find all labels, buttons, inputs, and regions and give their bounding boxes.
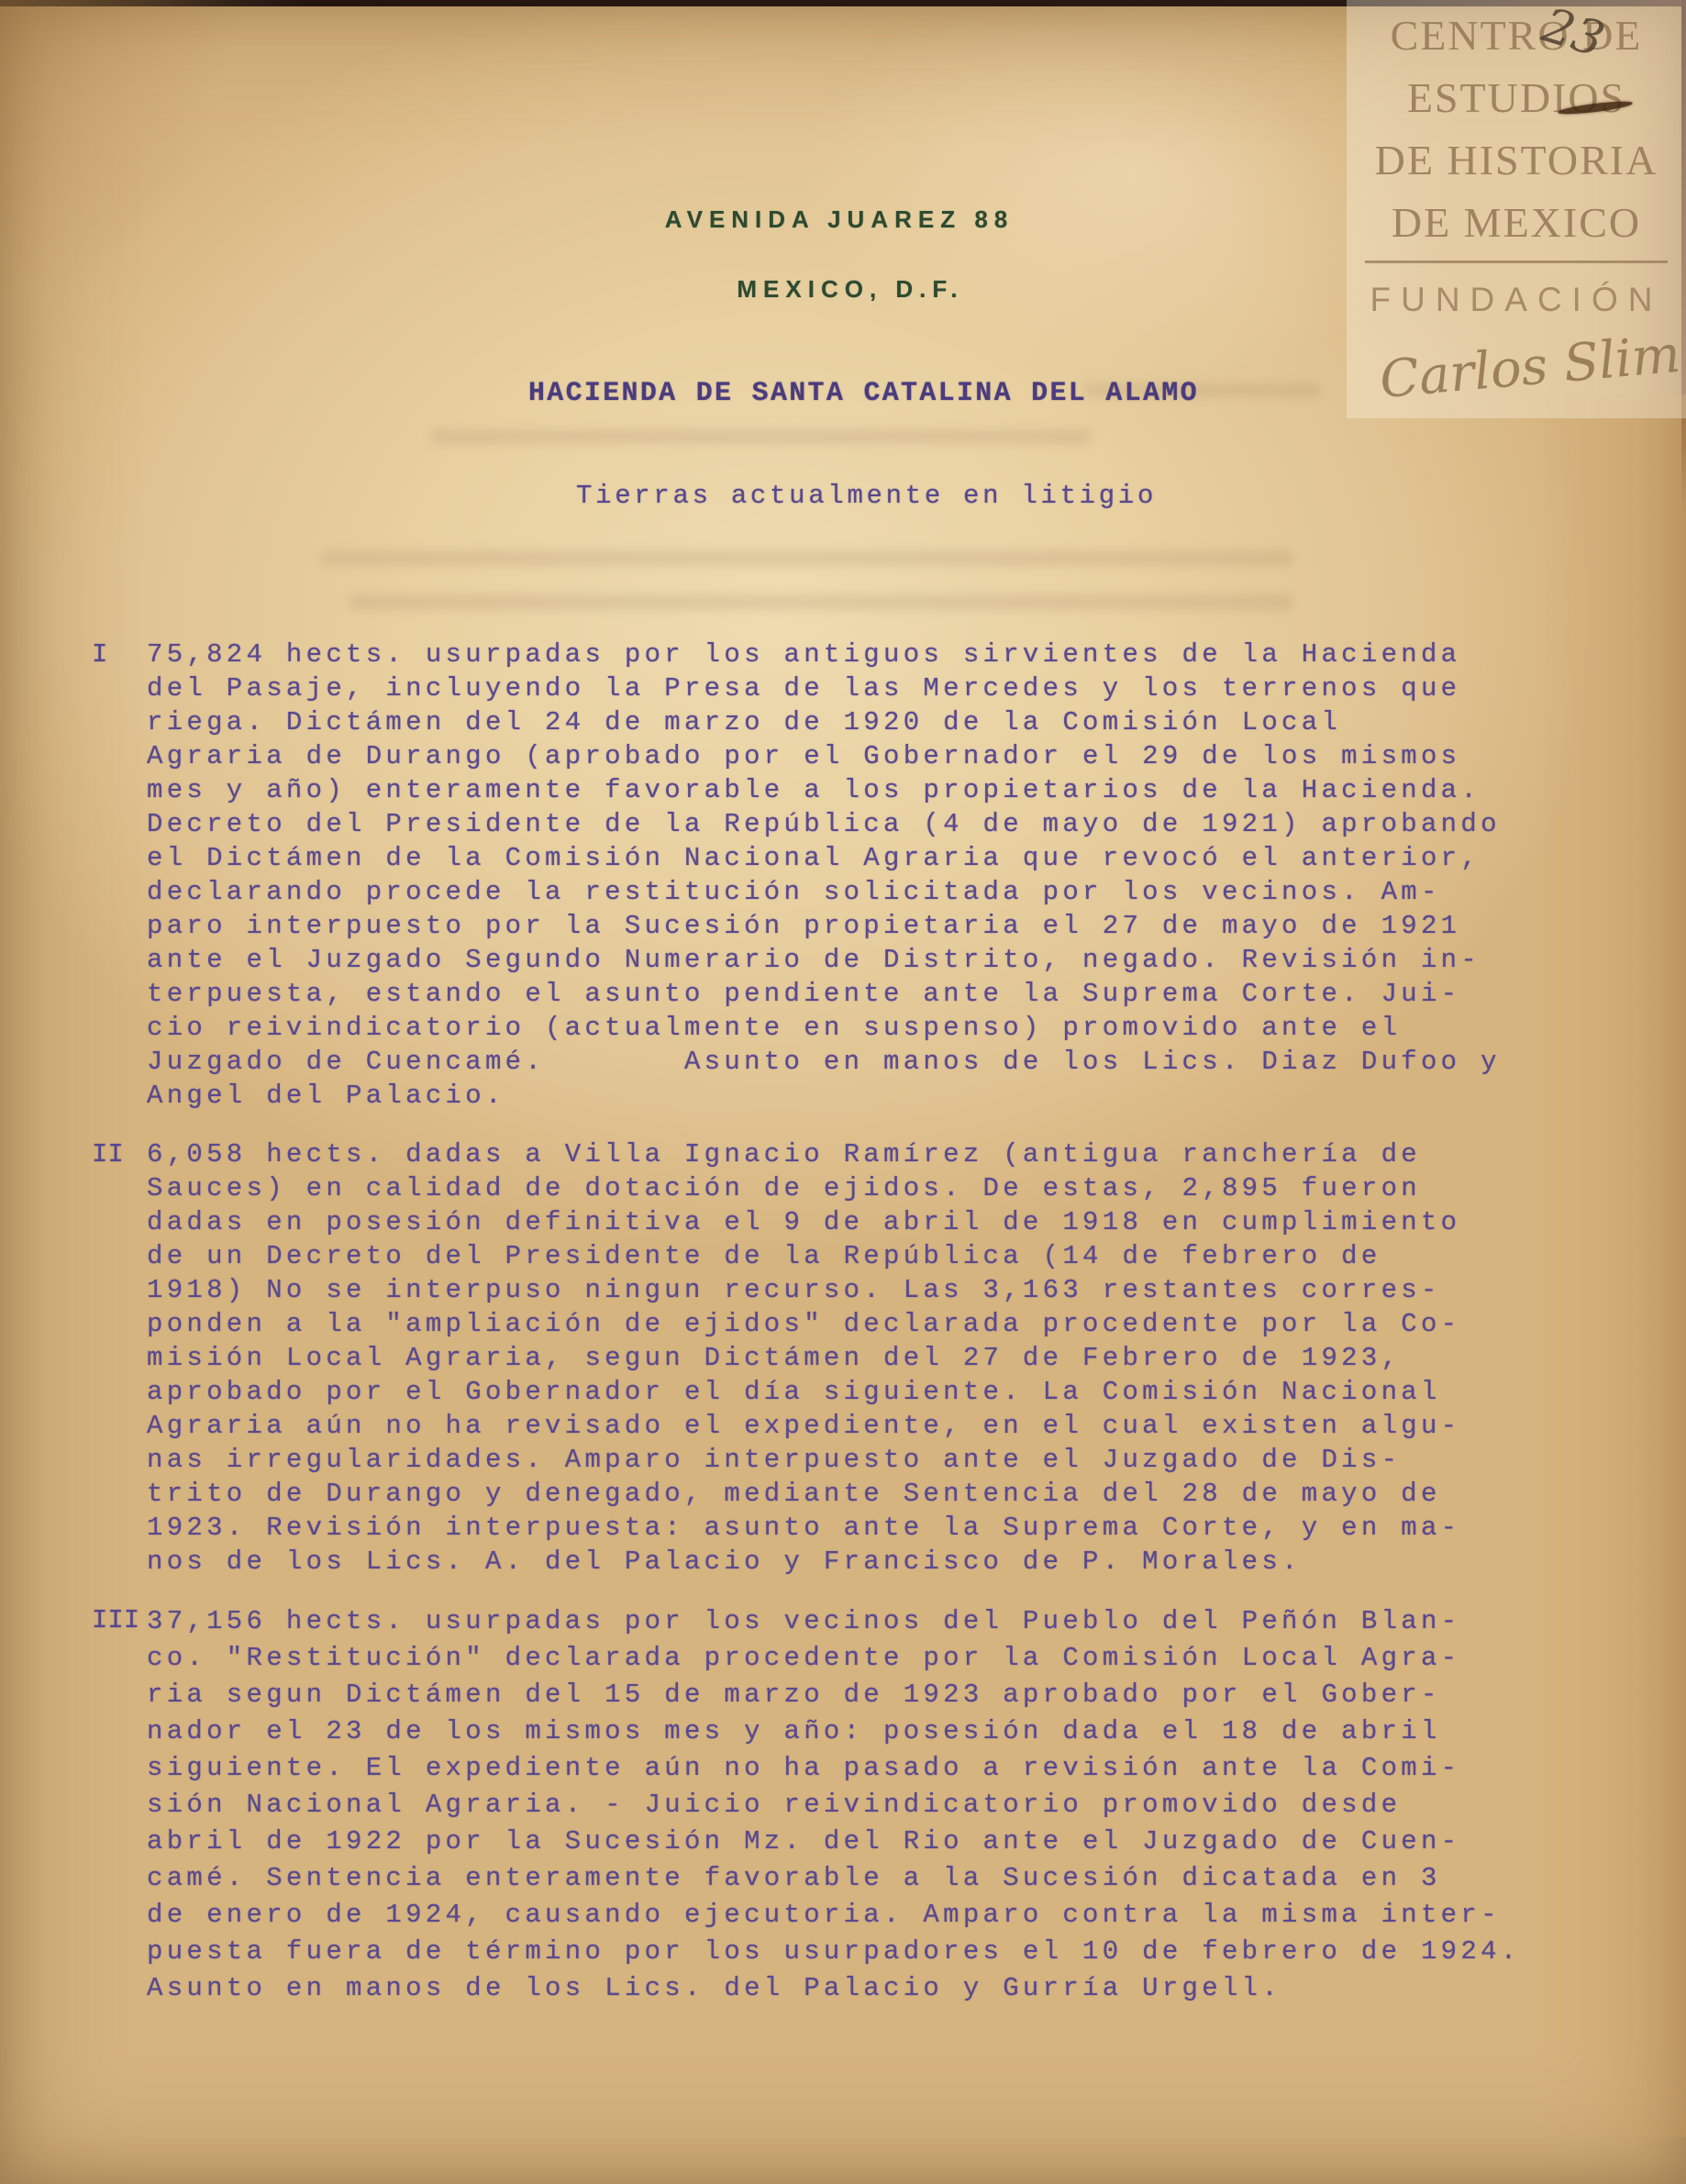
watermark-line: CENTRO DE	[1347, 11, 1686, 60]
typewritten-line: nas irregularidades. Amparo interpuesto …	[147, 1443, 1651, 1477]
section-numeral: III	[92, 1603, 147, 2007]
typewritten-line: 6,058 hects. dadas a Villa Ignacio Ramír…	[147, 1137, 1651, 1171]
document-body: I75,824 hects. usurpadas por los antiguo…	[92, 637, 1651, 2032]
typewritten-line: 37,156 hects. usurpadas por los vecinos …	[147, 1603, 1651, 1640]
letterhead-city: MEXICO, D.F.	[737, 275, 963, 304]
typewritten-line: terpuesta, estando el asunto pendiente a…	[147, 977, 1651, 1011]
typewritten-line: Decreto del Presidente de la República (…	[147, 807, 1651, 841]
archive-watermark: CENTRO DE ESTUDIOS DE HISTORIA DE MEXICO…	[1347, 0, 1686, 418]
typewritten-line: Angel del Palacio.	[147, 1079, 1651, 1113]
watermark-line: DE HISTORIA	[1347, 136, 1686, 184]
typewritten-line: de enero de 1924, causando ejecutoria. A…	[147, 1897, 1651, 1934]
typewritten-line: siguiente. El expediente aún no ha pasad…	[147, 1750, 1651, 1787]
typewritten-line: nador el 23 de los mismos mes y año: pos…	[147, 1713, 1651, 1750]
typewritten-line: co. "Restitución" declarada procedente p…	[147, 1640, 1651, 1677]
typewritten-line: riega. Dictámen del 24 de marzo de 1920 …	[147, 705, 1651, 739]
typewritten-line: Asunto en manos de los Lics. del Palacio…	[147, 1970, 1651, 2007]
typewritten-line: misión Local Agraria, segun Dictámen del…	[147, 1341, 1651, 1375]
typewritten-line: 75,824 hects. usurpadas por los antiguos…	[147, 637, 1651, 671]
typewritten-line: ria segun Dictámen del 15 de marzo de 19…	[147, 1677, 1651, 1713]
typewritten-line: del Pasaje, incluyendo la Presa de las M…	[147, 671, 1651, 705]
typewritten-line: nos de los Lics. A. del Palacio y Franci…	[147, 1545, 1651, 1579]
watermark-foundation: FUNDACIÓN	[1347, 281, 1686, 319]
section-numeral: I	[92, 637, 147, 1113]
page-subtitle: Tierras actualmente en litigio	[576, 481, 1157, 511]
paper-stain-corner	[0, 0, 238, 303]
section-II: II6,058 hects. dadas a Villa Ignacio Ram…	[92, 1137, 1651, 1579]
typewritten-line: de un Decreto del Presidente de la Repúb…	[147, 1239, 1651, 1273]
typewritten-line: mes y año) enteramente favorable a los p…	[147, 773, 1651, 807]
watermark-divider	[1365, 261, 1668, 263]
bleedthrough-mark	[431, 429, 1092, 444]
section-text: 75,824 hects. usurpadas por los antiguos…	[147, 637, 1651, 1113]
typewritten-line: dadas en posesión definitiva el 9 de abr…	[147, 1205, 1651, 1239]
section-text: 6,058 hects. dadas a Villa Ignacio Ramír…	[147, 1137, 1651, 1579]
typewritten-line: Juzgado de Cuencamé. Asunto en manos de …	[147, 1045, 1651, 1079]
watermark-line: DE MEXICO	[1347, 198, 1686, 247]
typewritten-line: ante el Juzgado Segundo Numerario de Dis…	[147, 943, 1651, 977]
watermark-signature: Carlos Slim	[1372, 324, 1686, 410]
typewritten-line: paro interpuesto por la Sucesión propiet…	[147, 909, 1651, 943]
typewritten-line: trito de Durango y denegado, mediante Se…	[147, 1477, 1651, 1511]
typewritten-line: aprobado por el Gobernador el día siguie…	[147, 1375, 1651, 1409]
typewritten-line: 1918) No se interpuso ningun recurso. La…	[147, 1273, 1651, 1307]
typewritten-line: Agraria de Durango (aprobado por el Gobe…	[147, 739, 1651, 773]
typewritten-line: declarando procede la restitución solici…	[147, 875, 1651, 909]
typewritten-line: camé. Sentencia enteramente favorable a …	[147, 1860, 1651, 1897]
section-numeral: II	[92, 1137, 147, 1579]
bleedthrough-mark	[349, 594, 1293, 610]
document-page: AVENIDA JUAREZ 88 MEXICO, D.F. CENTRO DE…	[0, 0, 1686, 2184]
typewritten-line: el Dictámen de la Comisión Nacional Agra…	[147, 841, 1651, 875]
typewritten-line: 1923. Revisión interpuesta: asunto ante …	[147, 1511, 1651, 1545]
section-text: 37,156 hects. usurpadas por los vecinos …	[147, 1603, 1651, 2007]
watermark-line: ESTUDIOS	[1347, 73, 1686, 122]
typewritten-line: Agraria aún no ha revisado el expediente…	[147, 1409, 1651, 1443]
typewritten-line: sión Nacional Agraria. - Juicio reivindi…	[147, 1787, 1651, 1824]
page-title: HACIENDA DE SANTA CATALINA DEL ALAMO	[528, 378, 1199, 409]
section-I: I75,824 hects. usurpadas por los antiguo…	[92, 637, 1651, 1113]
typewritten-line: abril de 1922 por la Sucesión Mz. del Ri…	[147, 1824, 1651, 1860]
typewritten-line: puesta fuera de término por los usurpado…	[147, 1934, 1651, 1970]
typewritten-line: cio reivindicatorio (actualmente en susp…	[147, 1011, 1651, 1045]
bleedthrough-mark	[321, 550, 1293, 566]
section-III: III37,156 hects. usurpadas por los vecin…	[92, 1603, 1651, 2007]
letterhead-address: AVENIDA JUAREZ 88	[665, 205, 1015, 234]
typewritten-line: ponden a la "ampliación de ejidos" decla…	[147, 1307, 1651, 1341]
typewritten-line: Sauces) en calidad de dotación de ejidos…	[147, 1171, 1651, 1205]
